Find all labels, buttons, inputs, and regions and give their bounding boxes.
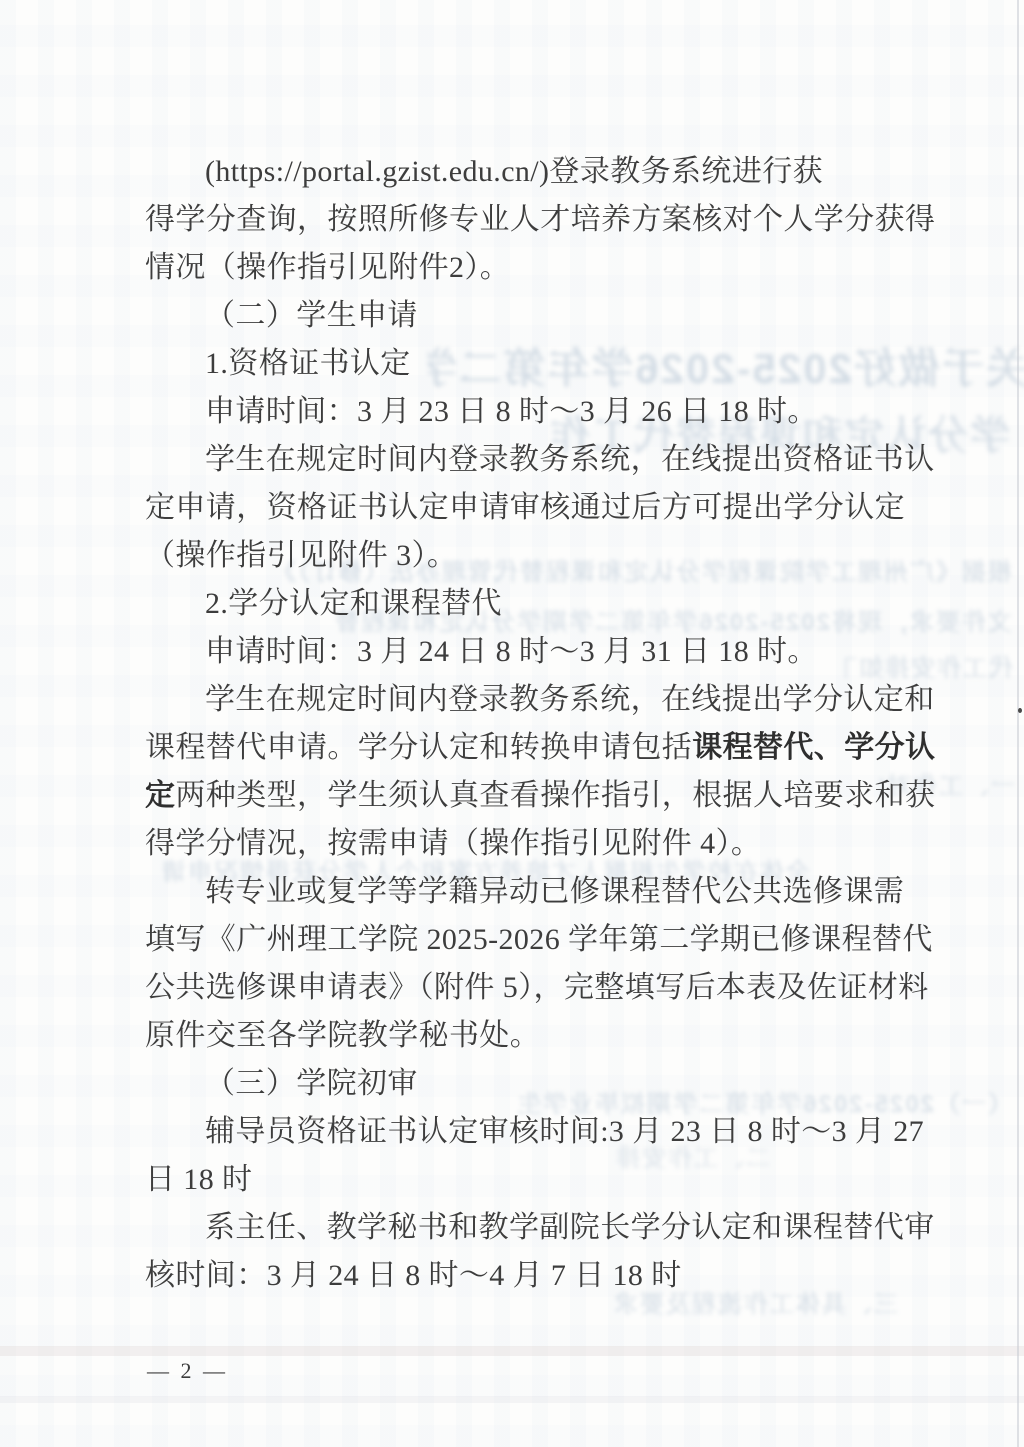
scan-speck (1018, 708, 1022, 713)
text-segment: 两种类型，学生须认真查看操作指引，根据人培要求和获 (175, 779, 935, 812)
text-segment: 填写《广州理工学院 2025-2026 学年第二学期已修课程替代 (145, 923, 933, 956)
scan-streak-band (0, 1396, 1024, 1403)
emphasis-text-segment: 课程替代、学分认 (692, 731, 935, 764)
text-line: 原件交至各学院教学秘书处。 (145, 1012, 885, 1060)
text-segment: 学生在规定时间内登录教务系统，在线提出资格证书认 (205, 443, 935, 476)
text-line: （操作指引见附件 3）。 (145, 532, 885, 580)
text-line: 辅导员资格证书认定审核时间:3 月 23 日 8 时～3 月 27 (145, 1108, 885, 1156)
text-line: 核时间：3 月 24 日 8 时～4 月 7 日 18 时 (145, 1252, 885, 1300)
text-line: 申请时间：3 月 24 日 8 时～3 月 31 日 18 时。 (145, 628, 885, 676)
text-segment: 申请时间：3 月 24 日 8 时～3 月 31 日 18 时。 (205, 635, 818, 668)
text-line: 定申请，资格证书认定申请审核通过后方可提出学分认定 (145, 484, 885, 532)
text-line: 填写《广州理工学院 2025-2026 学年第二学期已修课程替代 (145, 916, 885, 964)
text-segment: 核时间：3 月 24 日 8 时～4 月 7 日 18 时 (145, 1259, 682, 1292)
text-line: 2.学分认定和课程替代 (145, 580, 885, 628)
text-segment: 系主任、教学秘书和教学副院长学分认定和课程替代审 (205, 1211, 935, 1244)
text-line: （二）学生申请 (145, 292, 885, 340)
text-line: 转专业或复学等学籍异动已修课程替代公共选修课需 (145, 868, 885, 916)
text-segment: 辅导员资格证书认定审核时间:3 月 23 日 8 时～3 月 27 (205, 1115, 924, 1148)
text-line: 得学分查询，按照所修专业人才培养方案核对个人学分获得 (145, 196, 885, 244)
text-segment: 定申请，资格证书认定申请审核通过后方可提出学分认定 (145, 491, 905, 524)
text-line: 得学分情况，按需申请（操作指引见附件 4）。 (145, 820, 885, 868)
text-line: 申请时间：3 月 23 日 8 时～3 月 26 日 18 时。 (145, 388, 885, 436)
text-line: 日 18 时 (145, 1156, 885, 1204)
text-line: 学生在规定时间内登录教务系统，在线提出资格证书认 (145, 436, 885, 484)
text-line: 定两种类型，学生须认真查看操作指引，根据人培要求和获 (145, 772, 885, 820)
document-body: (https://portal.gzist.edu.cn/)登录教务系统进行获得… (145, 148, 885, 1300)
text-segment: 申请时间：3 月 23 日 8 时～3 月 26 日 18 时。 (205, 395, 818, 428)
text-segment: 原件交至各学院教学秘书处。 (145, 1019, 540, 1052)
text-segment: 2.学分认定和课程替代 (205, 587, 502, 620)
scan-streak-band (0, 1346, 1024, 1356)
text-segment: 情况（操作指引见附件2）。 (145, 251, 510, 284)
scan-edge-line (1017, 0, 1019, 1447)
text-segment: 学生在规定时间内登录教务系统，在线提出学分认定和 (205, 683, 935, 716)
text-line: （三）学院初审 (145, 1060, 885, 1108)
text-segment: 课程替代申请。学分认定和转换申请包括 (145, 731, 692, 764)
text-segment: 得学分情况，按需申请（操作指引见附件 4）。 (145, 827, 761, 860)
page-number: — 2 — (147, 1358, 228, 1384)
text-segment: 日 18 时 (145, 1163, 252, 1196)
text-line: 1.资格证书认定 (145, 340, 885, 388)
text-segment: （三）学院初审 (205, 1067, 418, 1100)
text-line: 情况（操作指引见附件2）。 (145, 244, 885, 292)
text-line: 学生在规定时间内登录教务系统，在线提出学分认定和 (145, 676, 885, 724)
text-segment: 得学分查询，按照所修专业人才培养方案核对个人学分获得 (145, 203, 935, 236)
text-line: (https://portal.gzist.edu.cn/)登录教务系统进行获 (145, 148, 885, 196)
text-line: 公共选修课申请表》（附件 5），完整填写后本表及佐证材料 (145, 964, 885, 1012)
text-segment: 公共选修课申请表》（附件 5），完整填写后本表及佐证材料 (145, 971, 929, 1004)
text-line: 系主任、教学秘书和教学副院长学分认定和课程替代审 (145, 1204, 885, 1252)
scanned-document-page: 关于做好2025-2026学年第二学期学分认定和课程替代工作的通知根据《广州理工… (0, 0, 1024, 1447)
text-segment: 1.资格证书认定 (205, 347, 411, 380)
text-segment: (https://portal.gzist.edu.cn/)登录教务系统进行获 (205, 155, 823, 188)
emphasis-text-segment: 定 (145, 779, 175, 812)
text-line: 课程替代申请。学分认定和转换申请包括课程替代、学分认 (145, 724, 885, 772)
text-segment: 转专业或复学等学籍异动已修课程替代公共选修课需 (205, 875, 904, 908)
text-segment: （操作指引见附件 3）。 (145, 539, 457, 572)
text-segment: （二）学生申请 (205, 299, 418, 332)
